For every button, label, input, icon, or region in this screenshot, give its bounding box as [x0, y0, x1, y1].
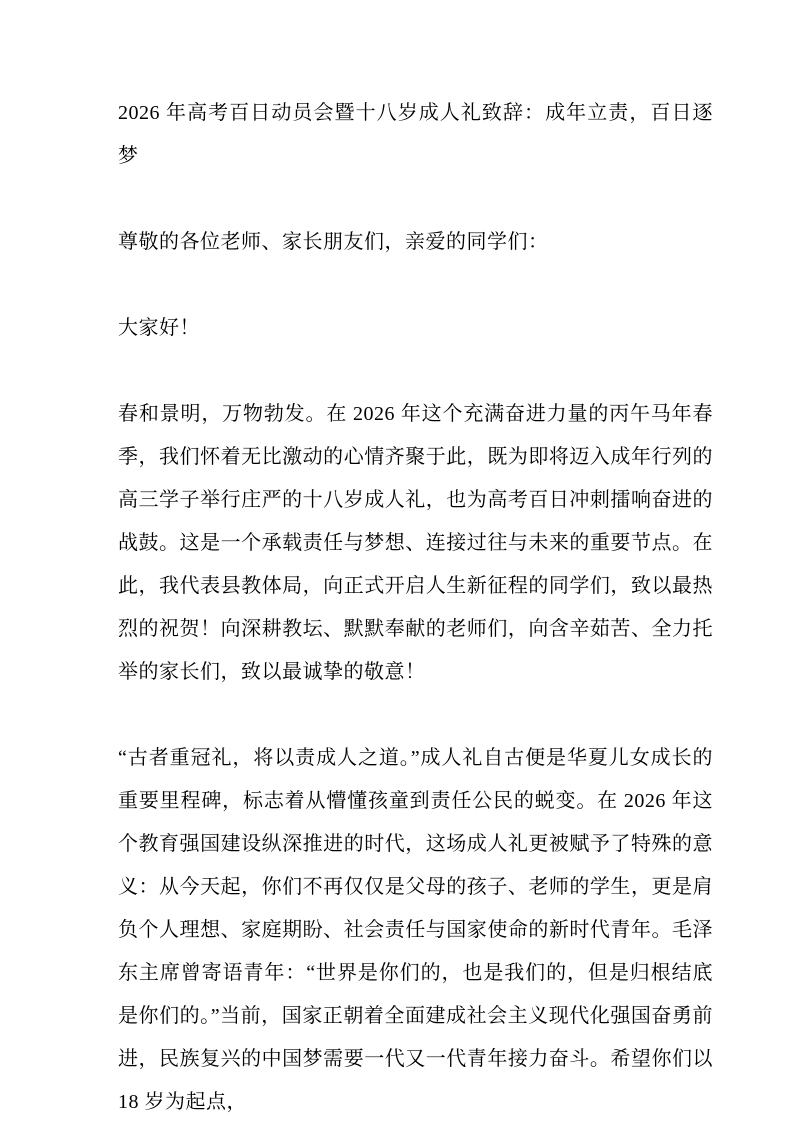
body-paragraph-1: 春和景明，万物勃发。在 2026 年这个充满奋进力量的丙午马年春季，我们怀着无比…: [118, 393, 713, 694]
salutation-line: 尊敬的各位老师、家长朋友们，亲爱的同学们：: [118, 221, 713, 264]
body-paragraph-2: “古者重冠礼，将以责成人之道。”成人礼自古便是华夏儿女成长的重要里程碑，标志着从…: [118, 737, 713, 1122]
document-page: 2026 年高考百日动员会暨十八岁成人礼致辞：成年立责，百日逐梦 尊敬的各位老师…: [0, 0, 793, 1122]
document-title: 2026 年高考百日动员会暨十八岁成人礼致辞：成年立责，百日逐梦: [118, 92, 713, 178]
greeting-line: 大家好！: [118, 307, 713, 350]
